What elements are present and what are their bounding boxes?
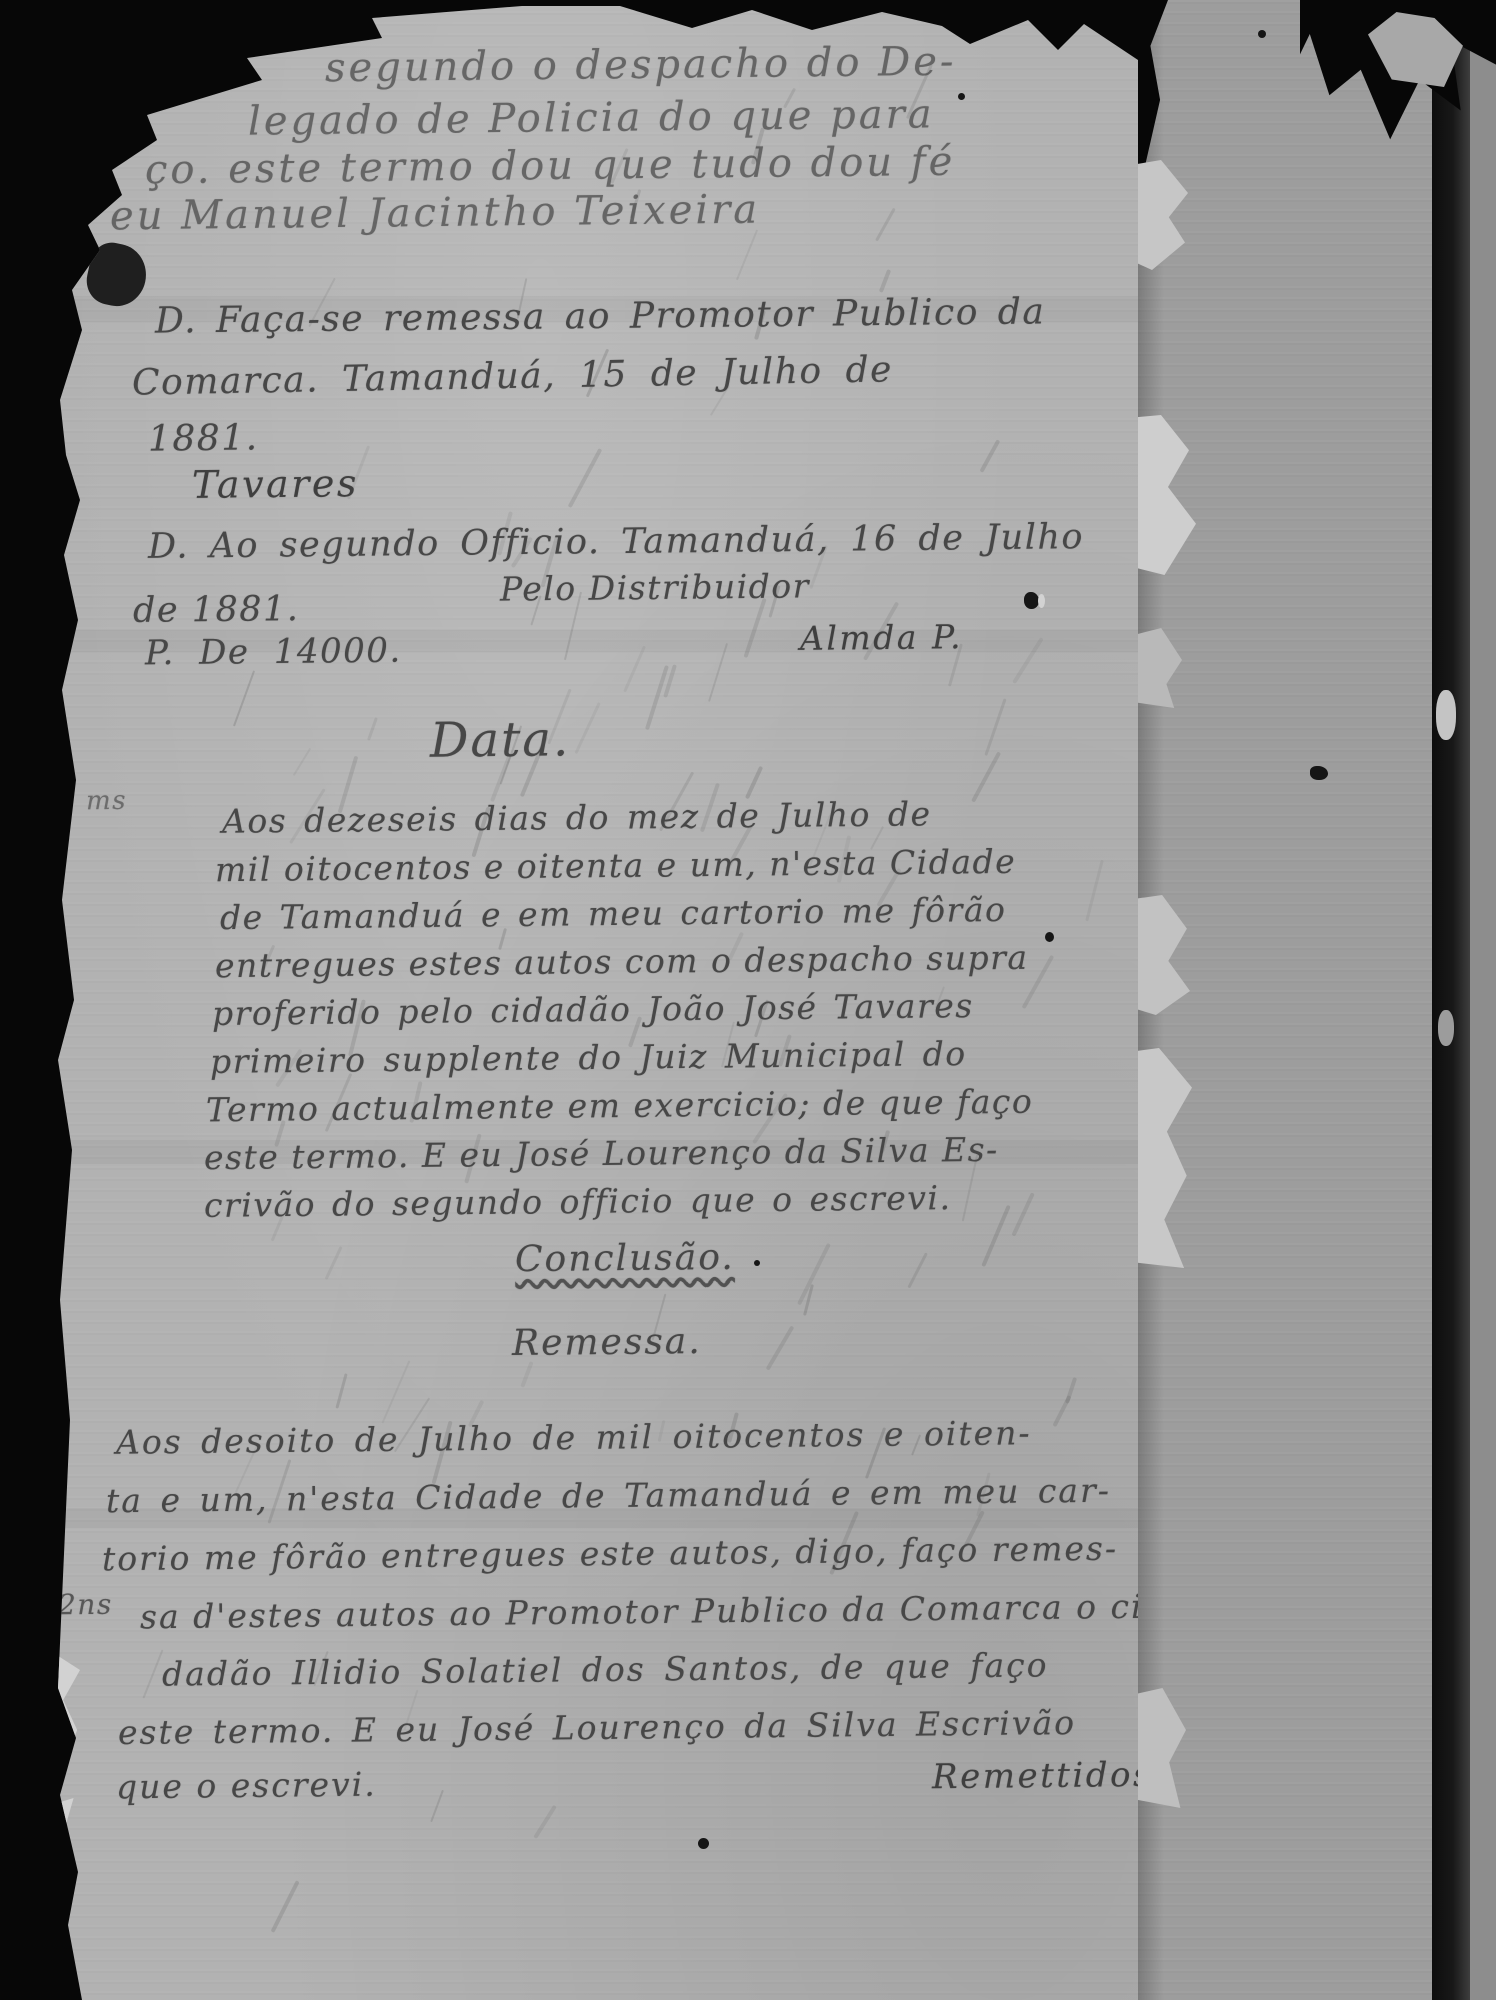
ink-transfer-stroke xyxy=(430,1790,444,1823)
ink-transfer-stroke xyxy=(745,766,763,800)
manuscript-line: de Tamanduá e em meu cartorio me fôrão xyxy=(220,890,1007,937)
manuscript-line: entregues estes autos com o despacho sup… xyxy=(215,938,1029,986)
manuscript-page: segundo o despacho do De- legado de Poli… xyxy=(52,0,1138,2000)
manuscript-line: Aos dezeseis dias do mez de Julho de xyxy=(222,794,932,840)
manuscript-line: primeiro supplente do Juiz Municipal do xyxy=(210,1034,967,1081)
torn-edge-highlight xyxy=(52,1798,76,1928)
paper-speck xyxy=(1258,30,1266,38)
ink-transfer-stroke xyxy=(908,1253,929,1290)
manuscript-line: Comarca. Tamanduá, 15 de Julho de xyxy=(132,349,894,403)
ink-transfer-stroke xyxy=(797,1243,830,1305)
paper-hole xyxy=(1024,592,1039,609)
ink-transfer-stroke xyxy=(875,208,895,241)
ink-transfer-stroke xyxy=(981,1204,1011,1266)
ink-transfer-stroke xyxy=(336,1374,349,1410)
ink-transfer-stroke xyxy=(293,747,312,775)
ink-transfer-stroke xyxy=(971,751,1001,803)
book-binding-strip xyxy=(1432,0,1470,2000)
ink-transfer-stroke xyxy=(623,645,646,692)
binding-highlight xyxy=(1438,1010,1454,1046)
manuscript-line: proferido pelo cidadão João José Tavares xyxy=(212,986,974,1033)
binding-highlight xyxy=(1436,690,1456,740)
ink-transfer-stroke xyxy=(567,448,601,508)
manuscript-line: crivão do segundo officio que o escrevi. xyxy=(204,1178,952,1225)
scanned-document-canvas: segundo o despacho do De- legado de Poli… xyxy=(0,0,1496,2000)
manuscript-line: sa d'estes autos ao Promotor Publico da … xyxy=(140,1587,1157,1637)
ink-transfer-stroke xyxy=(233,671,255,727)
paper-hole-rim xyxy=(1038,594,1045,608)
manuscript-line: eu Manuel Jacintho Teixeira xyxy=(110,187,761,240)
manuscript-line: que o escrevi. xyxy=(116,1765,377,1807)
paper-speck xyxy=(1310,766,1328,780)
manuscript-line: mil oitocentos e oitenta e um, n'esta Ci… xyxy=(215,842,1017,889)
manuscript-line: de 1881. xyxy=(133,589,300,631)
ink-transfer-stroke xyxy=(270,1881,299,1934)
section-heading-remessa: Remessa. xyxy=(512,1321,702,1364)
manuscript-line: Aos desoito de Julho de mil oitocentos e… xyxy=(116,1413,1032,1462)
signature: Tavares xyxy=(192,461,359,507)
manuscript-line: D. Faça-se remessa ao Promotor Publico d… xyxy=(155,291,1046,341)
manuscript-line: dadão Illidio Solatiel dos Santos, de qu… xyxy=(162,1645,1049,1693)
ink-transfer-stroke xyxy=(1012,1193,1036,1238)
section-heading-data: Data. xyxy=(430,711,571,768)
ink-transfer-stroke xyxy=(1065,1377,1078,1404)
paper-speck xyxy=(698,1838,709,1849)
margin-note: ms xyxy=(86,786,127,816)
ink-transfer-stroke xyxy=(533,1805,557,1839)
manuscript-line: segundo o despacho do De- xyxy=(325,39,957,92)
paper-speck xyxy=(1045,932,1054,942)
torn-edge-highlight xyxy=(52,1652,80,1772)
ink-transfer-stroke xyxy=(325,1246,343,1280)
ink-transfer-stroke xyxy=(574,702,600,754)
ink-transfer-stroke xyxy=(984,698,1006,756)
ink-transfer-stroke xyxy=(980,439,1000,472)
manuscript-line: este termo. E eu José Lourenço da Silva … xyxy=(118,1703,1076,1752)
manuscript-line: D. Ao segundo Officio. Tamanduá, 16 de J… xyxy=(148,517,1084,567)
ink-transfer-stroke xyxy=(367,717,378,740)
paper-speck xyxy=(754,1260,760,1266)
signature: Almda P. xyxy=(800,617,963,658)
ink-transfer-stroke xyxy=(521,1361,534,1387)
ink-transfer-stroke xyxy=(736,230,758,281)
ink-transfer-stroke xyxy=(142,1650,163,1699)
manuscript-line: Pelo Distribuidor xyxy=(500,566,810,608)
paper-speck xyxy=(958,93,965,100)
ink-transfer-stroke xyxy=(1086,859,1104,921)
closing-note: Remettidos. xyxy=(932,1755,1167,1797)
ink-transfer-stroke xyxy=(879,269,892,293)
manuscript-line: torio me fôrão entregues este autos, dig… xyxy=(102,1529,1118,1579)
manuscript-line: Termo actualmente em exercicio; de que f… xyxy=(206,1082,1034,1130)
section-heading-conclusao: Conclusão. xyxy=(515,1237,735,1280)
ink-transfer-stroke xyxy=(382,1361,411,1424)
ink-transfer-stroke xyxy=(765,1325,794,1370)
far-right-page-edge xyxy=(1470,0,1496,2000)
manuscript-line: este termo. E eu José Lourenço da Silva … xyxy=(204,1130,999,1177)
margin-note: 2ns xyxy=(58,1588,113,1622)
manuscript-line: 1881. xyxy=(148,417,259,459)
manuscript-line: ço. este termo dou que tudo dou fé xyxy=(145,139,956,193)
manuscript-line: legado de Policia do que para xyxy=(248,91,935,144)
manuscript-line: P. De 14000. xyxy=(145,631,402,674)
